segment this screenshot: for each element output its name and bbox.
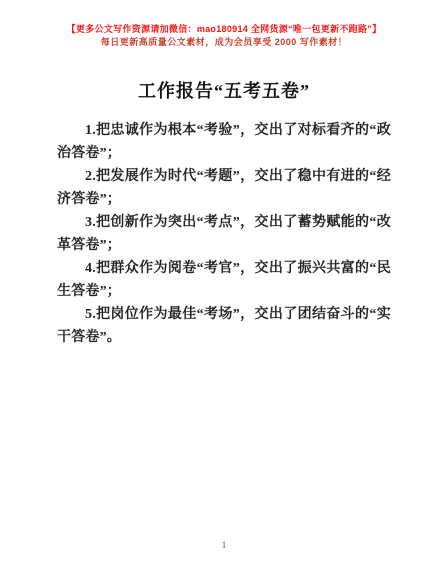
page-number: 1 [0, 540, 448, 550]
list-item-2: 2.把发展作为时代“考题”，交出了稳中有进的“经济答卷”； [57, 165, 391, 211]
list-item-3: 3.把创新作为突出“考点”，交出了蓄势赋能的“改革答卷”； [57, 211, 391, 257]
list-item-1: 1.把忠诚作为根本“考验”，交出了对标看齐的“政治答卷”； [57, 119, 391, 165]
document-header: 【更多公文写作资源请加微信：mao180914 全网货源“唯一包更新不跑路”】 … [57, 22, 391, 49]
document-body: 1.把忠诚作为根本“考验”，交出了对标看齐的“政治答卷”； 2.把发展作为时代“… [57, 119, 391, 349]
list-item-5: 5.把岗位作为最佳“考场”，交出了团结奋斗的“实干答卷”。 [57, 303, 391, 349]
header-ad-line-2: 每日更新高质量公文素材，成为会员享受 2000 写作素材！ [57, 36, 391, 49]
header-ad-line-1: 【更多公文写作资源请加微信：mao180914 全网货源“唯一包更新不跑路”】 [57, 22, 391, 36]
list-item-4: 4.把群众作为阅卷“考官”，交出了振兴共富的“民生答卷”； [57, 257, 391, 303]
document-title: 工作报告“五考五卷” [57, 77, 391, 103]
document-page: 【更多公文写作资源请加微信：mao180914 全网货源“唯一包更新不跑路”】 … [0, 0, 448, 580]
